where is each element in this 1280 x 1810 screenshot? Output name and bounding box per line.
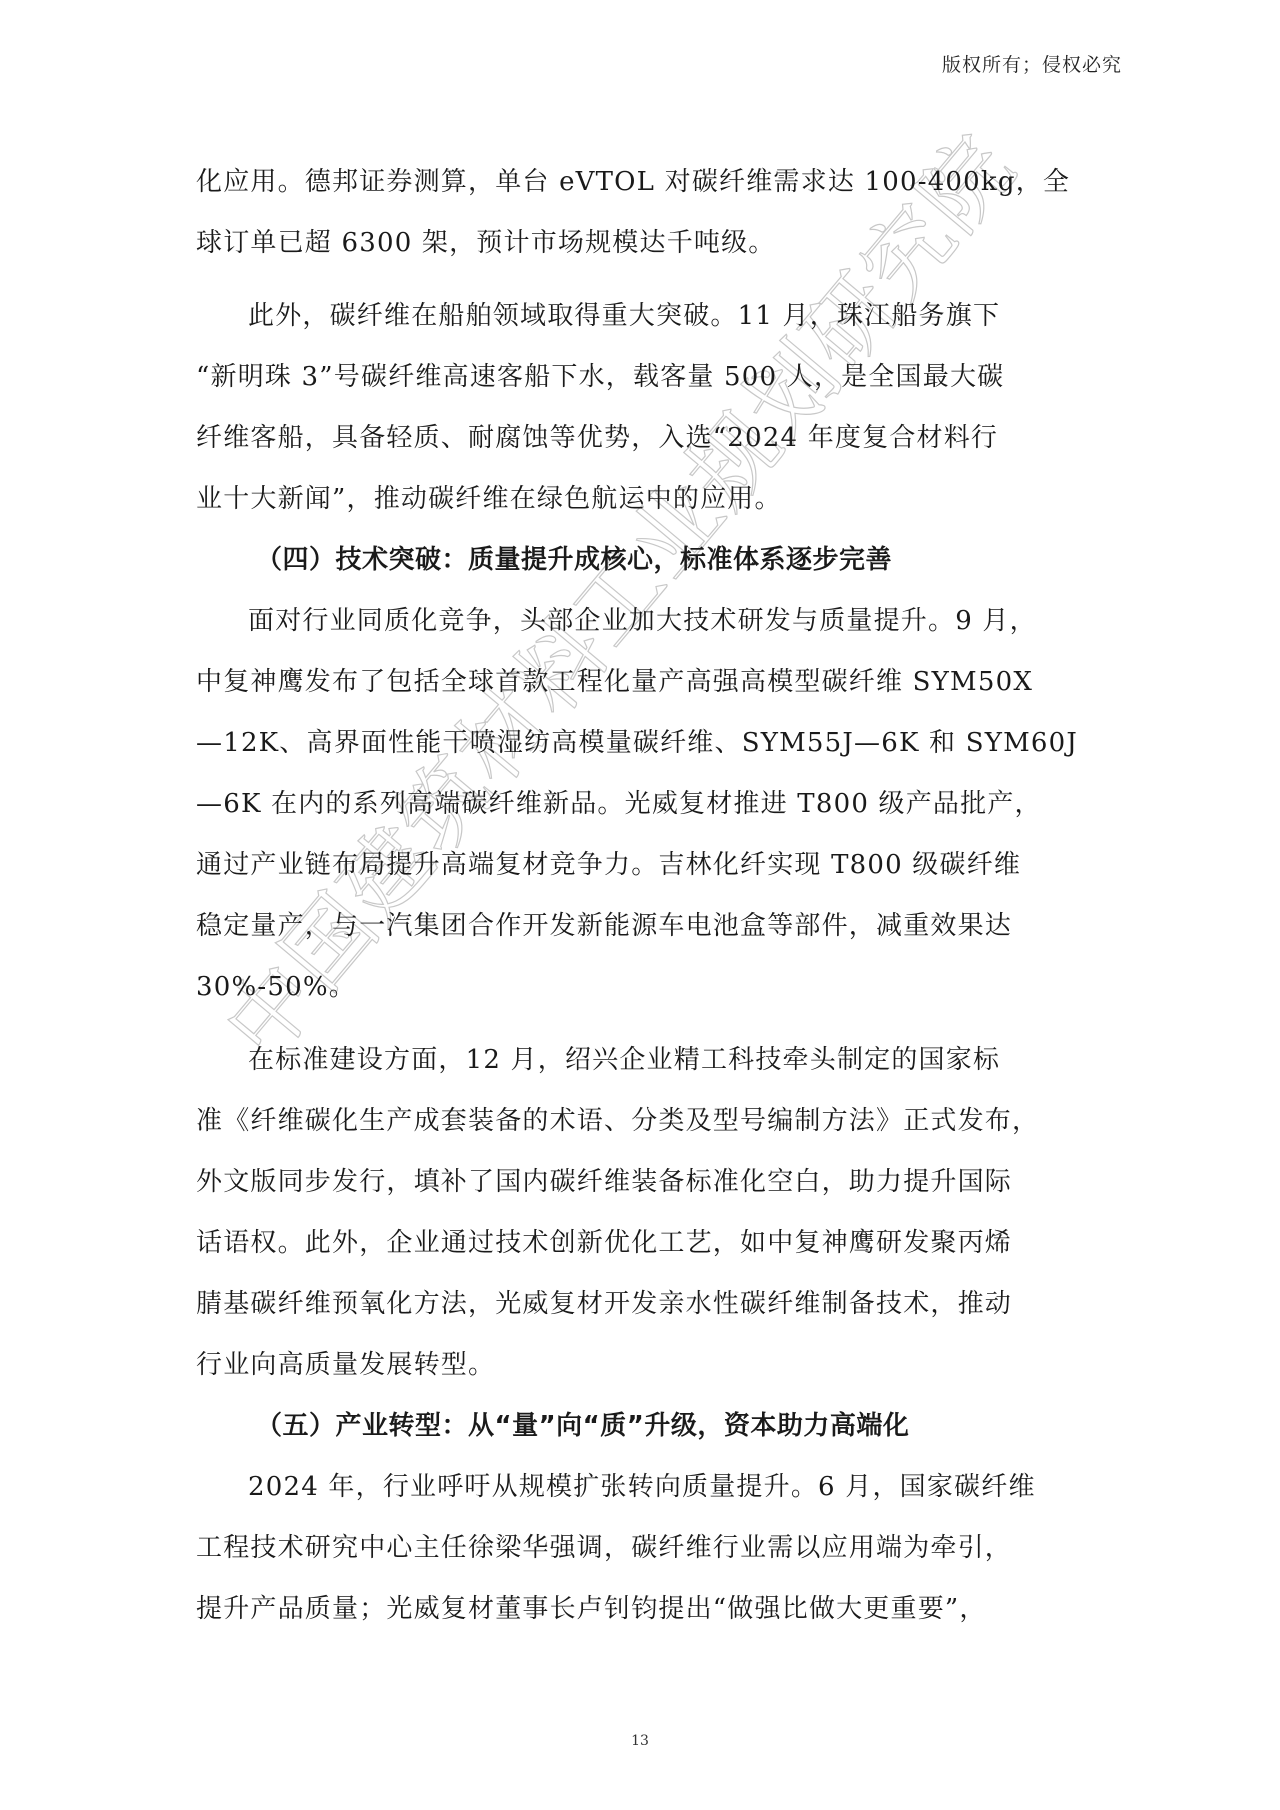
text-line: 行业向高质量发展转型。: [196, 1335, 1084, 1396]
text-line: —12K、高界面性能干喷湿纺高模量碳纤维、SYM55J—6K 和 SYM60J: [196, 713, 1084, 774]
text-line: 30%-50%。: [196, 957, 1084, 1018]
text-line: 通过产业链布局提升高端复材竞争力。吉林化纤实现 T800 级碳纤维: [196, 835, 1084, 896]
text-line: 化应用。德邦证券测算，单台 eVTOL 对碳纤维需求达 100-400kg，全: [196, 152, 1084, 213]
text-line: 纤维客船，具备轻质、耐腐蚀等优势，入选“2024 年度复合材料行: [196, 408, 1084, 469]
text-line: 2024 年，行业呼吁从规模扩张转向质量提升。6 月，国家碳纤维: [196, 1457, 1084, 1518]
paragraph-tech: 面对行业同质化竞争，头部企业加大技术研发与质量提升。9 月， 中复神鹰发布了包括…: [196, 591, 1084, 1018]
text-line: 中复神鹰发布了包括全球首款工程化量产高强高模型碳纤维 SYM50X: [196, 652, 1084, 713]
text-line: 业十大新闻”，推动碳纤维在绿色航运中的应用。: [196, 469, 1084, 530]
text-line: 稳定量产，与一汽集团合作开发新能源车电池盒等部件，减重效果达: [196, 896, 1084, 957]
text-line: 外文版同步发行，填补了国内碳纤维装备标准化空白，助力提升国际: [196, 1152, 1084, 1213]
text-line: 球订单已超 6300 架，预计市场规模达千吨级。: [196, 213, 1084, 274]
document-body: 化应用。德邦证券测算，单台 eVTOL 对碳纤维需求达 100-400kg，全 …: [196, 152, 1084, 1640]
paragraph-transition: 2024 年，行业呼吁从规模扩张转向质量提升。6 月，国家碳纤维 工程技术研究中…: [196, 1457, 1084, 1640]
text-line: 话语权。此外，企业通过技术创新优化工艺，如中复神鹰研发聚丙烯: [196, 1213, 1084, 1274]
text-line: 提升产品质量；光威复材董事长卢钊钧提出“做强比做大更重要”，: [196, 1579, 1084, 1640]
section-heading-5: （五）产业转型：从“量”向“质”升级，资本助力高端化: [196, 1396, 1084, 1457]
text-line: —6K 在内的系列高端碳纤维新品。光威复材推进 T800 级产品批产，: [196, 774, 1084, 835]
text-line: “新明珠 3”号碳纤维高速客船下水，载客量 500 人，是全国最大碳: [196, 347, 1084, 408]
text-line: 工程技术研究中心主任徐梁华强调，碳纤维行业需以应用端为牵引，: [196, 1518, 1084, 1579]
page-number: 13: [0, 1733, 1280, 1749]
copyright-header: 版权所有；侵权必究: [942, 50, 1122, 77]
section-heading-4: （四）技术突破：质量提升成核心，标准体系逐步完善: [196, 530, 1084, 591]
paragraph-ship: 此外，碳纤维在船舶领域取得重大突破。11 月，珠江船务旗下 “新明珠 3”号碳纤…: [196, 286, 1084, 530]
paragraph-evtol: 化应用。德邦证券测算，单台 eVTOL 对碳纤维需求达 100-400kg，全 …: [196, 152, 1084, 274]
text-line: 此外，碳纤维在船舶领域取得重大突破。11 月，珠江船务旗下: [196, 286, 1084, 347]
text-line: 腈基碳纤维预氧化方法，光威复材开发亲水性碳纤维制备技术，推动: [196, 1274, 1084, 1335]
text-line: 在标准建设方面，12 月，绍兴企业精工科技牵头制定的国家标: [196, 1030, 1084, 1091]
text-line: 面对行业同质化竞争，头部企业加大技术研发与质量提升。9 月，: [196, 591, 1084, 652]
text-line: 准《纤维碳化生产成套装备的术语、分类及型号编制方法》正式发布，: [196, 1091, 1084, 1152]
paragraph-standards: 在标准建设方面，12 月，绍兴企业精工科技牵头制定的国家标 准《纤维碳化生产成套…: [196, 1030, 1084, 1396]
